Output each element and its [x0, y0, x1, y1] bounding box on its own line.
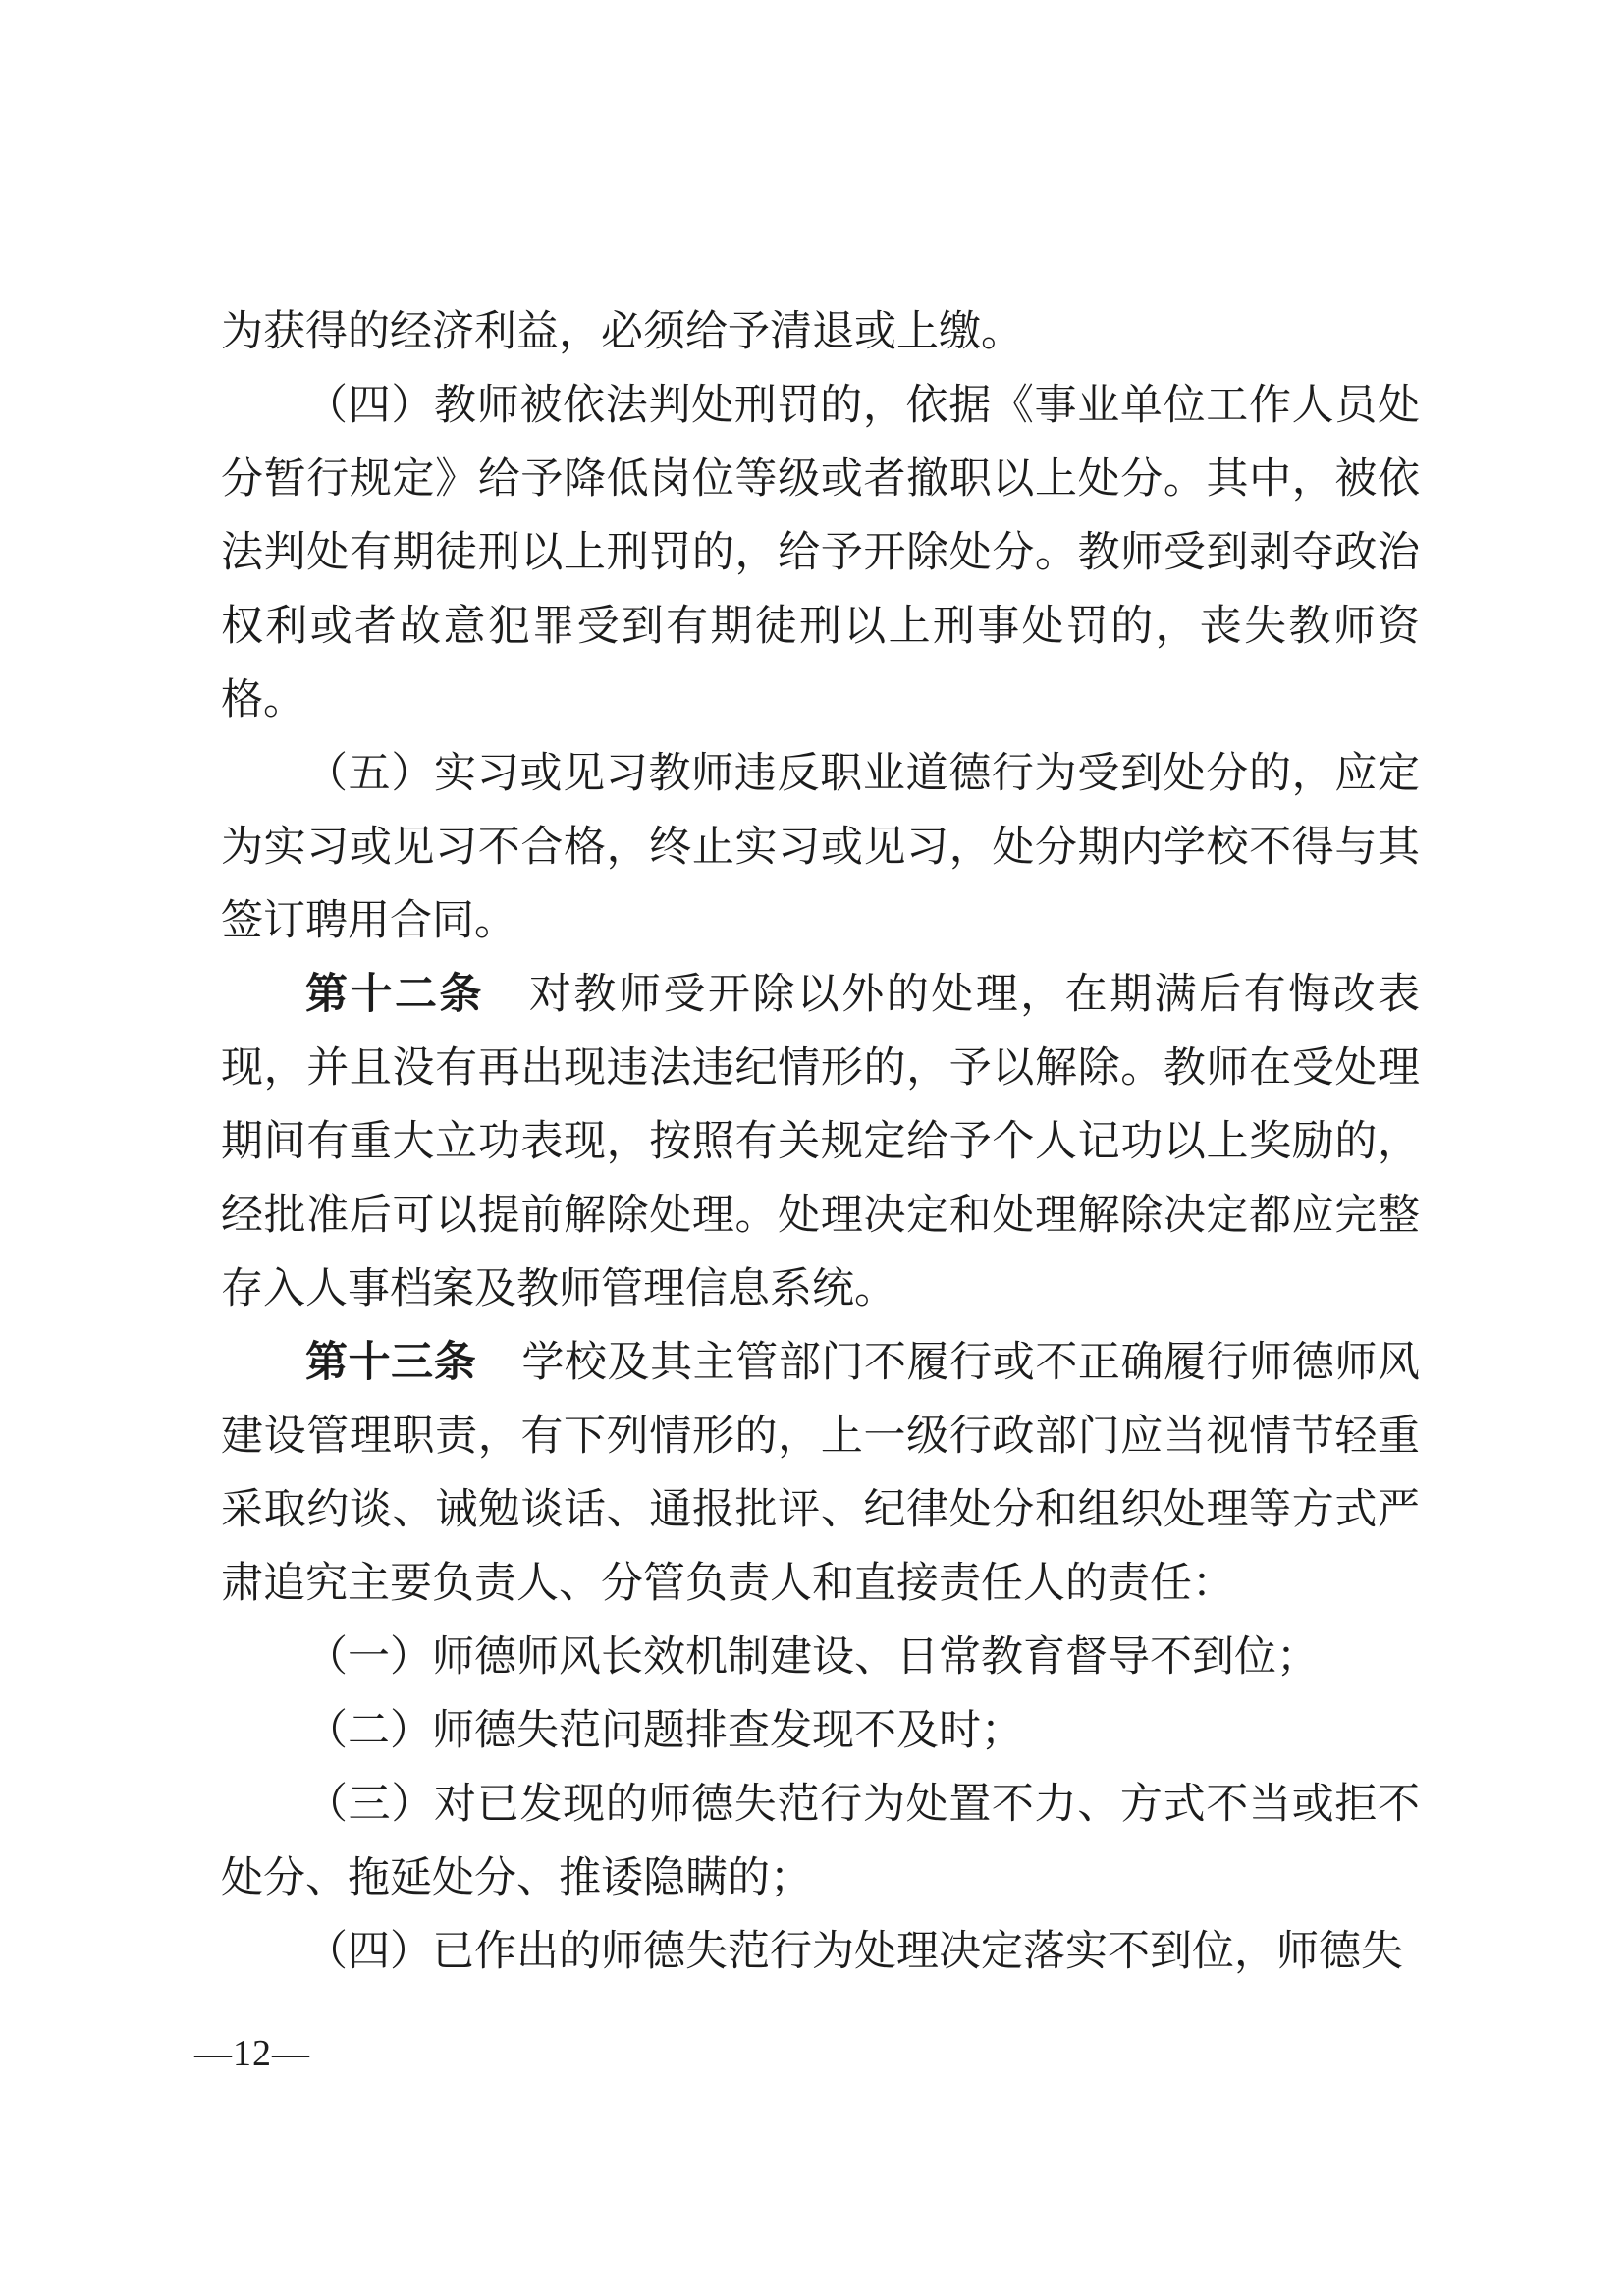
- paragraph-text: （三）对已发现的师德失范行为处置不力、方式不当或拒不处分、拖延处分、推诿隐瞒的；: [221, 1782, 1420, 1901]
- paragraph-item-4: （四）教师被依法判处刑罚的，依据《事业单位工作人员处分暂行规定》给予降低岗位等级…: [221, 369, 1420, 737]
- paragraph-text: （一）师德师风长效机制建设、日常教育督导不到位；: [305, 1634, 1319, 1681]
- paragraph-continuation: 为获得的经济利益，必须给予清退或上缴。: [221, 295, 1420, 369]
- paragraph-list-item-1: （一）师德师风长效机制建设、日常教育督导不到位；: [221, 1621, 1420, 1694]
- paragraph-text: （四）已作出的师德失范行为处理决定落实不到位，师德失: [305, 1929, 1403, 1975]
- paragraph-list-item-2: （二）师德失范问题排查发现不及时；: [221, 1694, 1420, 1768]
- paragraph-list-item-4: （四）已作出的师德失范行为处理决定落实不到位，师德失: [221, 1915, 1420, 1989]
- paragraph-text: （二）师德失范问题排查发现不及时；: [305, 1708, 1023, 1754]
- paragraph-article-12: 第十二条对教师受开除以外的处理，在期满后有悔改表现，并且没有再出现违法违纪情形的…: [221, 958, 1420, 1326]
- page-number: —12—: [194, 2032, 310, 2077]
- paragraph-list-item-3: （三）对已发现的师德失范行为处置不力、方式不当或拒不处分、拖延处分、推诿隐瞒的；: [221, 1768, 1420, 1915]
- paragraph-article-13: 第十三条学校及其主管部门不履行或不正确履行师德师风建设管理职责，有下列情形的，上…: [221, 1326, 1420, 1621]
- document-body: 为获得的经济利益，必须给予清退或上缴。 （四）教师被依法判处刑罚的，依据《事业单…: [221, 295, 1420, 1989]
- document-page: 为获得的经济利益，必须给予清退或上缴。 （四）教师被依法判处刑罚的，依据《事业单…: [0, 0, 1624, 2296]
- paragraph-text: 对教师受开除以外的处理，在期满后有悔改表现，并且没有再出现违法违纪情形的，予以解…: [221, 972, 1420, 1312]
- paragraph-item-5: （五）实习或见习教师违反职业道德行为受到处分的，应定为实习或见习不合格，终止实习…: [221, 737, 1420, 958]
- article-12-heading: 第十二条: [305, 971, 484, 1018]
- paragraph-text: （四）教师被依法判处刑罚的，依据《事业单位工作人员处分暂行规定》给予降低岗位等级…: [221, 383, 1420, 723]
- article-13-heading: 第十三条: [305, 1339, 476, 1386]
- paragraph-text: （五）实习或见习教师违反职业道德行为受到处分的，应定为实习或见习不合格，终止实习…: [221, 751, 1420, 944]
- paragraph-text: 为获得的经济利益，必须给予清退或上缴。: [221, 309, 1023, 355]
